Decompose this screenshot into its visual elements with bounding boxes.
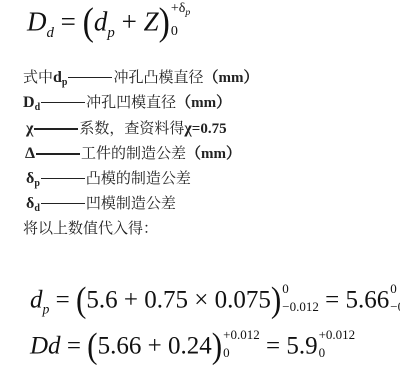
symbol-main: d (53, 69, 62, 86)
definition-unit: （mm） (186, 146, 241, 162)
em-dash (41, 178, 85, 179)
upper-limit: 0 (390, 282, 400, 295)
formula-expression: 5.66 + 0.24 (98, 333, 212, 360)
symbol-main: D (23, 94, 35, 111)
definition-delta-p: δp凸模的制造公差 (26, 166, 191, 190)
definition-text: 系数，查资料得 (79, 119, 184, 137)
definition-unit: （mm） (176, 95, 231, 111)
em-dash (41, 203, 85, 204)
open-paren: ( (76, 279, 86, 320)
coefficient-symbol: χ (184, 120, 191, 137)
definition-Dd: Dd冲孔凹模直径（mm） (23, 90, 231, 114)
lower-limit: −0.012 (282, 300, 319, 313)
formula-symbol: d (30, 287, 43, 314)
plus-sign: + (122, 6, 137, 36)
em-dash (34, 128, 78, 130)
lower-limit: −0.012 (390, 300, 400, 313)
close-paren: ) (271, 279, 281, 320)
formula-symbol: D (27, 6, 47, 36)
equals-sign: = (61, 6, 76, 36)
em-dash (36, 153, 80, 155)
definition-text: 凸模的制造公差 (86, 169, 191, 187)
upper-limit-subscript: p (185, 7, 190, 18)
symbol-subscript: d (34, 203, 40, 214)
definition-text: 工件的制造公差 (81, 144, 186, 162)
lower-limit: 0 (171, 24, 190, 38)
symbol-subscript: p (34, 178, 40, 189)
upper-limit: 0 (282, 282, 319, 295)
tolerance-limits: +δp0 (171, 9, 190, 40)
formula-subscript: d (47, 25, 54, 41)
substitute-text: 将以上数值代入得： (23, 216, 158, 240)
em-dash (68, 77, 112, 78)
upper-limit: +0.012 (319, 328, 356, 341)
formula-punch-diameter: dp = (5.6 + 0.75 × 0.075)0−0.012 = 5.660… (30, 282, 400, 318)
result-tolerance-limits: 0−0.012 (390, 289, 400, 315)
result-tolerance-limits: +0.0120 (319, 335, 356, 361)
formula-result: 5.66 (345, 287, 389, 314)
equals-sign: = (266, 333, 280, 360)
equals-sign: = (56, 287, 70, 314)
definition-symbol: Δ (25, 145, 35, 162)
lower-limit: 0 (223, 346, 260, 359)
formula-die-result: Dd = (5.66 + 0.24)+0.0120 = 5.9+0.0120 (30, 328, 355, 364)
definition-prefix: 式中 (23, 68, 53, 86)
formula-subscript: p (107, 25, 114, 41)
formula-expression: 5.6 + 0.75 × 0.075 (86, 287, 270, 314)
close-paren: ) (159, 1, 170, 45)
definition-unit: （mm） (204, 70, 259, 86)
symbol-subscript: d (35, 102, 41, 113)
definition-delta-d: δd凹模制造公差 (26, 191, 176, 215)
definition-text: 冲孔凸模直径 (113, 68, 203, 86)
tolerance-limits: 0−0.012 (282, 289, 319, 315)
definition-symbol: Dd (23, 94, 40, 111)
definition-chi: χ系数，查资料得χ=0.75 (26, 116, 227, 140)
equals-sign: = (67, 333, 81, 360)
formula-symbol: Dd (30, 333, 61, 360)
definition-symbol: δd (26, 195, 40, 212)
definition-dp: 式中dp冲孔凸模直径（mm） (23, 65, 259, 89)
definition-symbol: dp (53, 69, 67, 86)
formula-symbol: Z (144, 6, 159, 36)
equals-sign: = (325, 287, 339, 314)
formula-die-diameter: Dd = (dp + Z)+δp0 (27, 4, 190, 42)
coefficient-value: =0.75 (192, 121, 227, 137)
formula-subscript: p (43, 302, 50, 317)
open-paren: ( (83, 1, 94, 45)
definition-delta: Δ工件的制造公差（mm） (25, 141, 241, 165)
close-paren: ) (212, 325, 222, 366)
tolerance-limits: +0.0120 (223, 335, 260, 361)
definition-text: 冲孔凹模直径 (86, 93, 176, 111)
definition-symbol: χ (26, 120, 33, 137)
open-paren: ( (87, 325, 97, 366)
formula-result: 5.9 (286, 333, 317, 360)
em-dash (41, 102, 85, 103)
upper-limit: +δ (171, 0, 186, 16)
definition-text: 凹模制造公差 (86, 194, 176, 212)
formula-symbol: d (94, 6, 108, 36)
symbol-subscript: p (62, 77, 68, 88)
upper-limit: +0.012 (223, 328, 260, 341)
lower-limit: 0 (319, 346, 356, 359)
definition-symbol: δp (26, 170, 40, 187)
